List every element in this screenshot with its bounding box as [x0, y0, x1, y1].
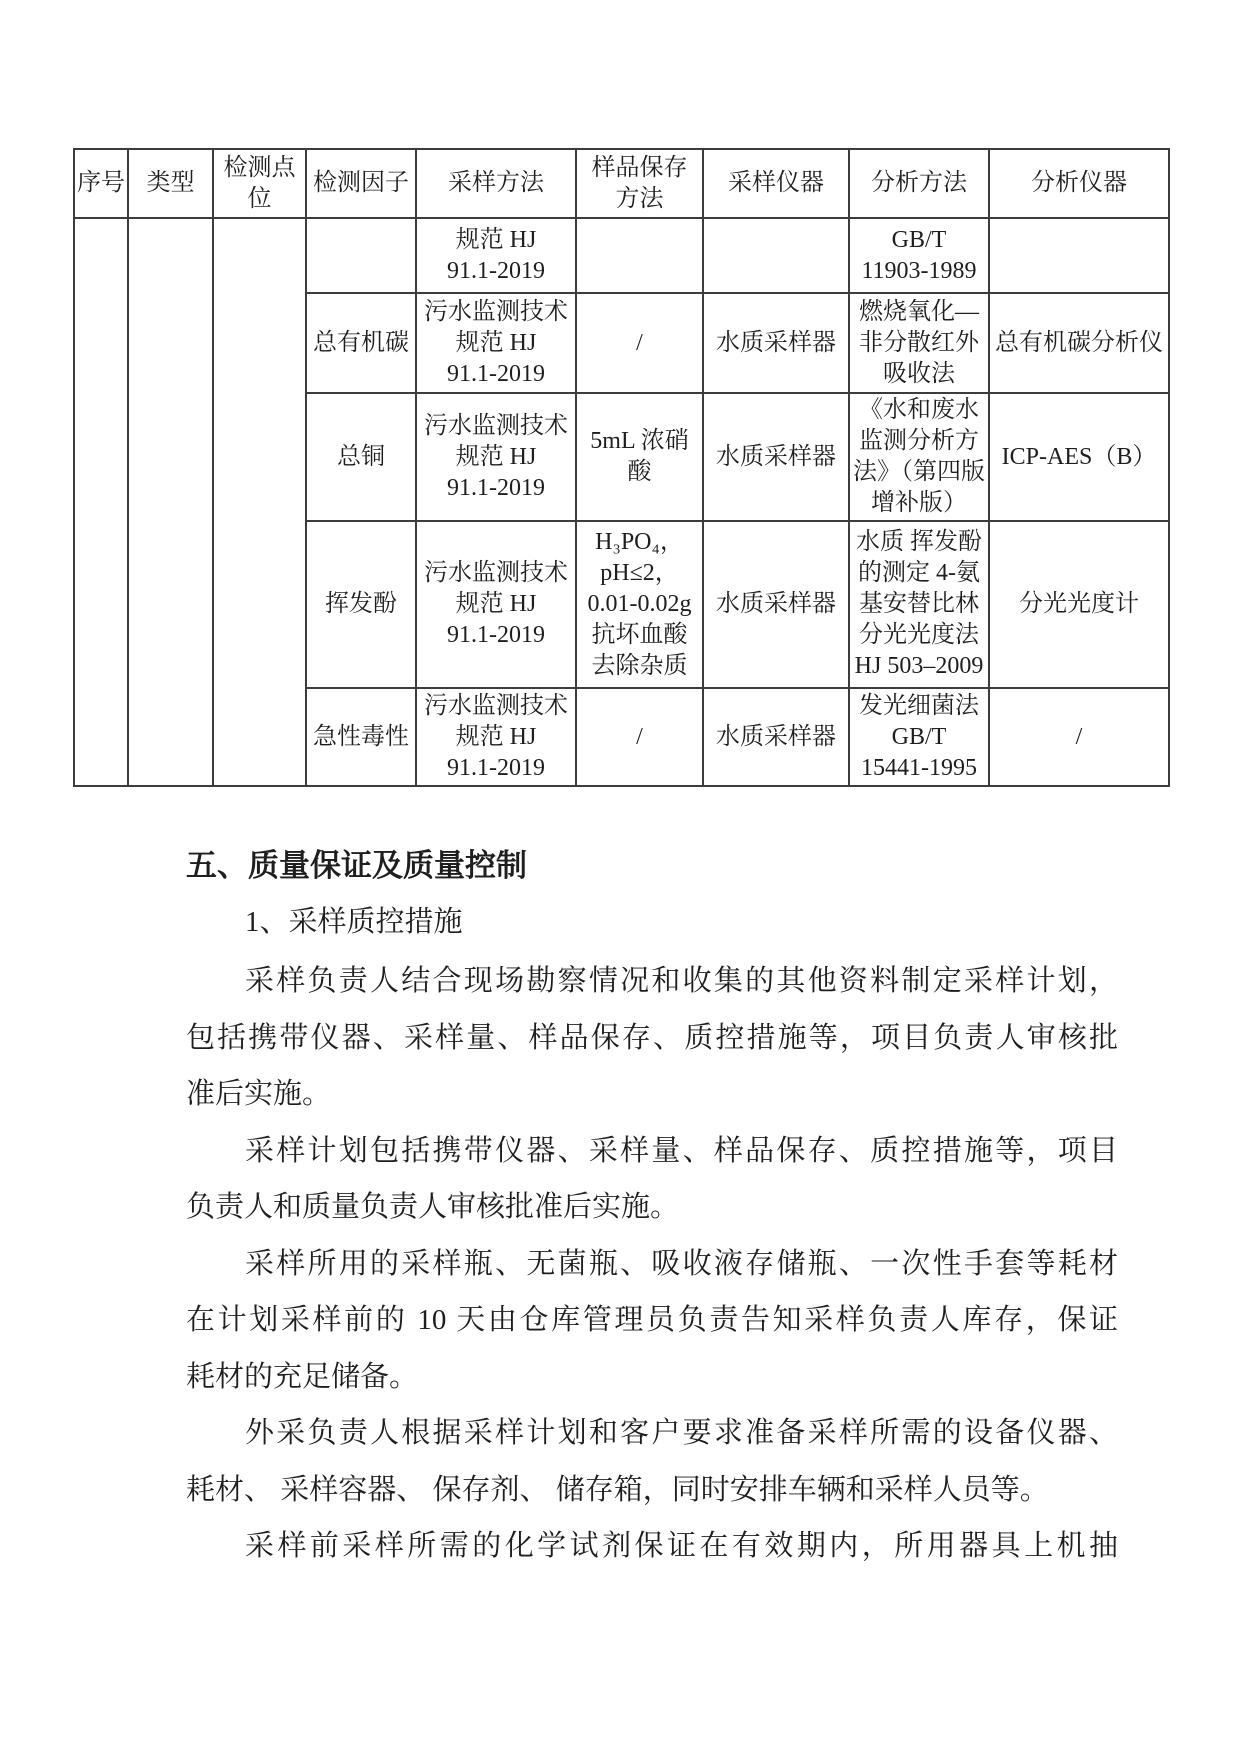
cell-preservation: 5mL 浓硝 酸 [576, 393, 703, 521]
paragraph-line: 外采负责人根据采样计划和客户要求准备采样所需的设备仪器、 [186, 1405, 1118, 1462]
cell-sampling-method: 规范 HJ 91.1-2019 [416, 218, 576, 293]
col-header-sampling-method: 采样方法 [416, 149, 576, 218]
cell-sampling-instrument: 水质采样器 [703, 293, 849, 393]
monitoring-methods-table: 序号 类型 检测点 位 检测因子 采样方法 样品保存 方法 采样仪器 分析方法 … [73, 148, 1170, 787]
cell-sampling-method: 污水监测技术 规范 HJ 91.1-2019 [416, 393, 576, 521]
paragraph-line: 包括携带仪器、采样量、样品保存、质控措施等，项目负责人审核批 [186, 1010, 1118, 1067]
merged-empty-cell-type [128, 218, 213, 786]
col-header-type: 类型 [128, 149, 213, 218]
paragraph-line: 采样前采样所需的化学试剂保证在有效期内，所用器具上机抽 [186, 1518, 1118, 1575]
paragraph-line: 采样所用的采样瓶、无菌瓶、吸收液存储瓶、一次性手套等耗材 [186, 1236, 1118, 1293]
cell-sampling-method: 污水监测技术 规范 HJ 91.1-2019 [416, 688, 576, 786]
cell-sampling-instrument [703, 218, 849, 293]
cell-analysis-method: 《水和废水 监测分析方 法》（第四版 增补版） [849, 393, 989, 521]
cell-factor: 急性毒性 [306, 688, 416, 786]
paragraph-line: 耗材、 采样容器、 保存剂、 储存箱，同时安排车辆和采样人员等。 [186, 1462, 1118, 1519]
document-page: 序号 类型 检测点 位 检测因子 采样方法 样品保存 方法 采样仪器 分析方法 … [0, 0, 1240, 1755]
cell-preservation: H₃PO₄， pH≤2， 0.01-0.02g 抗坏血酸 去除杂质 [576, 521, 703, 688]
paragraph-line: 采样负责人结合现场勘察情况和收集的其他资料制定采样计划， [186, 953, 1118, 1010]
cell-factor [306, 218, 416, 293]
cell-analysis-instrument: 分光光度计 [989, 521, 1169, 688]
col-header-factor: 检测因子 [306, 149, 416, 218]
cell-analysis-method: 水质 挥发酚 的测定 4-氨 基安替比林 分光光度法 HJ 503–2009 [849, 521, 989, 688]
cell-analysis-instrument: 总有机碳分析仪 [989, 293, 1169, 393]
cell-factor: 总铜 [306, 393, 416, 521]
cell-sampling-method: 污水监测技术 规范 HJ 91.1-2019 [416, 293, 576, 393]
paragraph-line: 负责人和质量负责人审核批准后实施。 [186, 1179, 1118, 1236]
body-text: 采样负责人结合现场勘察情况和收集的其他资料制定采样计划， 包括携带仪器、采样量、… [186, 953, 1118, 1575]
cell-analysis-instrument: ICP-AES（B） [989, 393, 1169, 521]
cell-factor: 挥发酚 [306, 521, 416, 688]
section-heading: 五、质量保证及质量控制 [186, 843, 527, 889]
paragraph-line: 耗材的充足储备。 [186, 1349, 1118, 1406]
cell-analysis-method: 燃烧氧化— 非分散红外 吸收法 [849, 293, 989, 393]
cell-sampling-instrument: 水质采样器 [703, 393, 849, 521]
col-header-seq: 序号 [74, 149, 128, 218]
cell-analysis-instrument [989, 218, 1169, 293]
cell-analysis-method: GB/T 11903-1989 [849, 218, 989, 293]
paragraph-line: 采样计划包括携带仪器、采样量、样品保存、质控措施等，项目 [186, 1123, 1118, 1180]
cell-preservation [576, 218, 703, 293]
cell-analysis-instrument: / [989, 688, 1169, 786]
cell-sampling-method: 污水监测技术 规范 HJ 91.1-2019 [416, 521, 576, 688]
paragraph-line: 准后实施。 [186, 1066, 1118, 1123]
cell-analysis-method: 发光细菌法 GB/T 15441-1995 [849, 688, 989, 786]
cell-sampling-instrument: 水质采样器 [703, 521, 849, 688]
merged-empty-cell-seq [74, 218, 128, 786]
col-header-analysis-instrument: 分析仪器 [989, 149, 1169, 218]
col-header-analysis-method: 分析方法 [849, 149, 989, 218]
col-header-point: 检测点 位 [213, 149, 306, 218]
col-header-preservation: 样品保存 方法 [576, 149, 703, 218]
merged-empty-cell-point [213, 218, 306, 786]
sub-heading: 1、采样质控措施 [245, 901, 463, 943]
cell-sampling-instrument: 水质采样器 [703, 688, 849, 786]
paragraph-line: 在计划采样前的 10 天由仓库管理员负责告知采样负责人库存，保证 [186, 1292, 1118, 1349]
table-header-row: 序号 类型 检测点 位 检测因子 采样方法 样品保存 方法 采样仪器 分析方法 … [74, 149, 1169, 218]
col-header-sampling-instrument: 采样仪器 [703, 149, 849, 218]
cell-factor: 总有机碳 [306, 293, 416, 393]
cell-preservation: / [576, 293, 703, 393]
table-row: 规范 HJ 91.1-2019 GB/T 11903-1989 [74, 218, 1169, 293]
cell-preservation: / [576, 688, 703, 786]
